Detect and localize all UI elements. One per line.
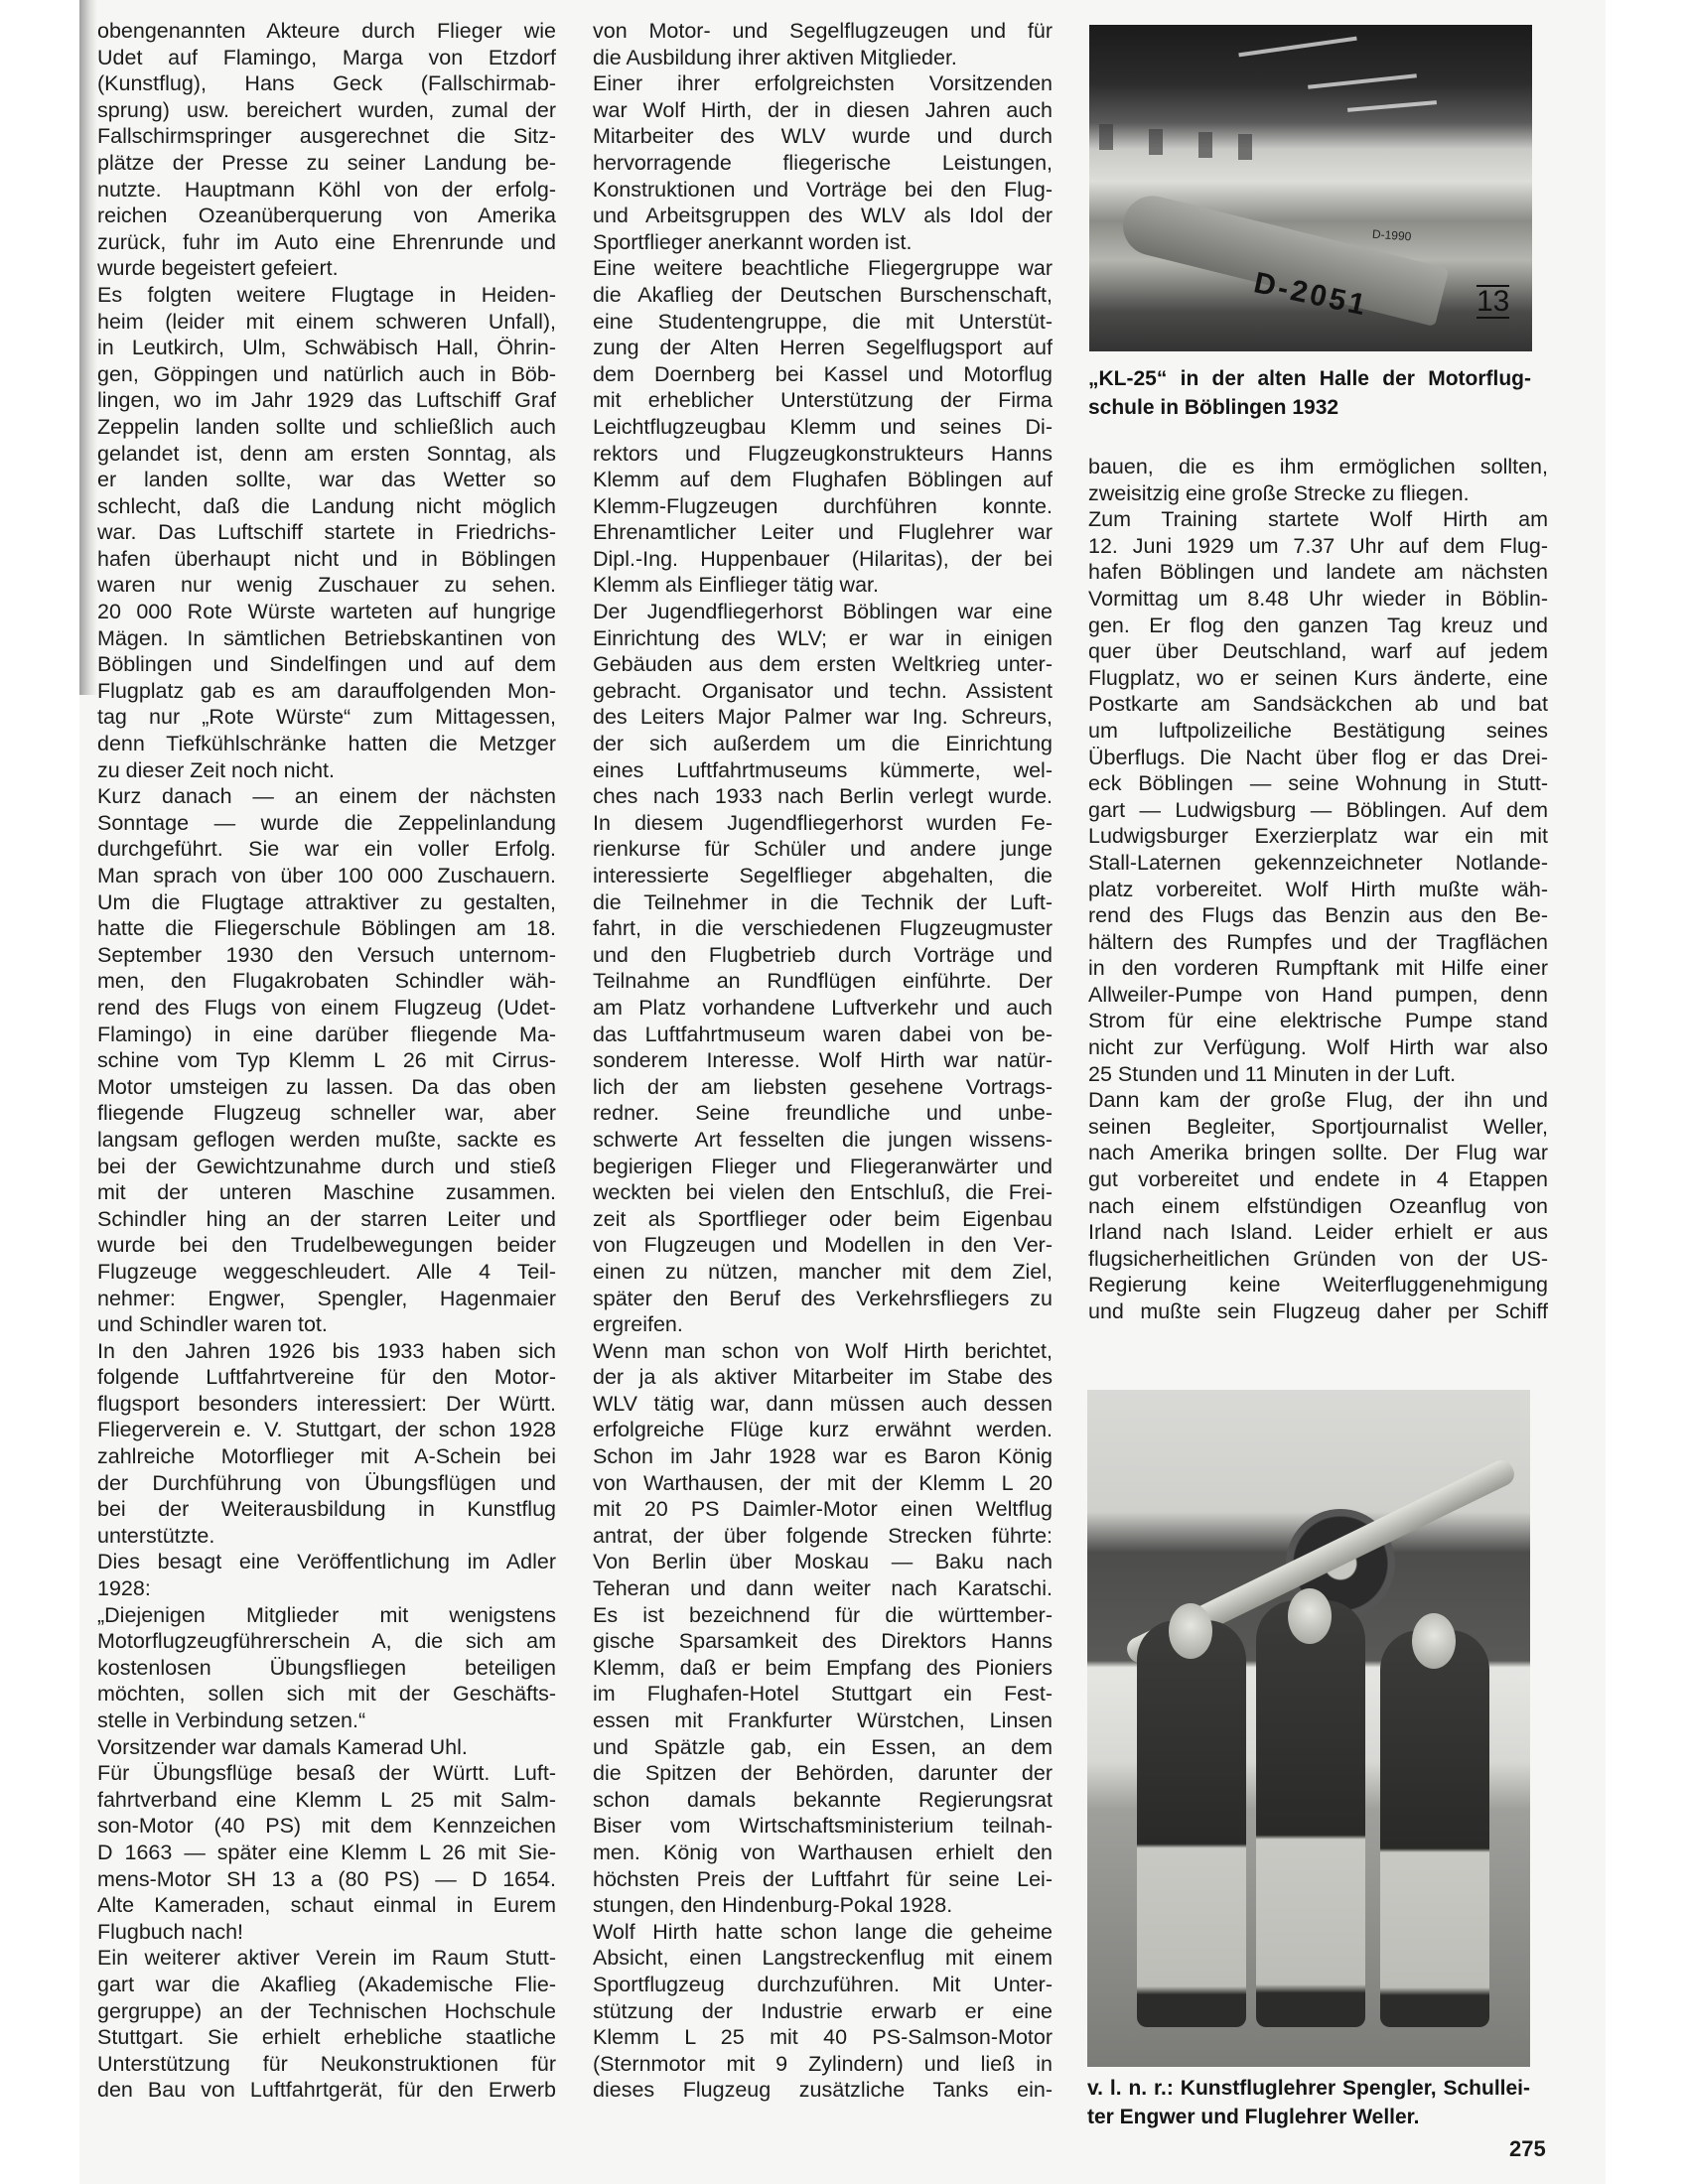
- text-line: 12. Juni 1929 um 7.37 Uhr auf dem Flug-: [1088, 533, 1548, 560]
- photo-caption-2: v. l. n. r.: Kunstfluglehrer Spengler, S…: [1087, 2074, 1530, 2131]
- text-line: fahrtverband eine Klemm L 25 mit Salm-: [97, 1787, 556, 1814]
- text-line: redner. Seine freundliche und unbe-: [593, 1100, 1053, 1127]
- text-line: Stuttgart. Sie erhielt erhebliche staatl…: [97, 2024, 556, 2051]
- text-line: Kurz danach — an einem der nächsten: [97, 783, 556, 810]
- text-line: begierigen Flieger und Flieger­anwärter …: [593, 1154, 1053, 1180]
- text-line: nicht zur Verfügung. Wolf Hirth war also: [1088, 1034, 1548, 1061]
- text-line: die Ausbildung ihrer aktiven Mitglieder.: [593, 45, 1053, 71]
- text-line: 1928:: [97, 1575, 556, 1602]
- text-line: im Flughafen-Hotel Stuttgart ein Fest-: [593, 1681, 1053, 1707]
- text-line: Fallschirmspringer ausgerechnet die Sitz…: [97, 123, 556, 150]
- text-line: erfolgreiche Flüge kurz erwähnt werden.: [593, 1417, 1053, 1443]
- text-line: das Luftfahrtmuseum waren dabei von be-: [593, 1022, 1053, 1048]
- text-line: Schindler hing an der starren Leiter und: [97, 1206, 556, 1233]
- text-line: später den Beruf des Verkehrsfliegers zu: [593, 1286, 1053, 1312]
- text-line: zu dieser Zeit noch nicht.: [97, 757, 556, 784]
- text-line: Postkarte am Sandsäckchen ab und bat: [1088, 691, 1548, 718]
- text-line: rend des Flugs von einem Flugzeug (Udet-: [97, 995, 556, 1022]
- text-line: men, den Flugakrobaten Schindler wäh-: [97, 968, 556, 995]
- caption-line: v. l. n. r.: Kunstfluglehrer Spengler, S…: [1087, 2074, 1530, 2103]
- text-line: stützung der Industrie erwarb er eine: [593, 1998, 1053, 2025]
- hangar-window: [1099, 124, 1113, 150]
- text-line: folgende Luftfahrtvereine für den Motor-: [97, 1364, 556, 1391]
- text-line: Ein weiterer aktiver Verein im Raum Stut…: [97, 1945, 556, 1972]
- text-line: Der Jugendfliegerhorst Böblingen war ein…: [593, 599, 1053, 625]
- text-line: möchten, sollen sich mit der Geschäfts-: [97, 1681, 556, 1707]
- text-line: hältern des Rumpfes und der Tragflächen: [1088, 929, 1548, 956]
- text-line: Zum Training startete Wolf Hirth am: [1088, 506, 1548, 533]
- text-line: rend des Flugs das Benzin aus den Be-: [1088, 902, 1548, 929]
- text-line: Wolf Hirth hatte schon lange die geheime: [593, 1919, 1053, 1946]
- text-line: gart — Ludwigsburg — Böblingen. Auf dem: [1088, 797, 1548, 824]
- roof-truss: [1238, 37, 1356, 58]
- photo-three-pilots-with-propeller: [1087, 1390, 1530, 2067]
- text-line: denn Tiefkühlschränke hatten die Metzger: [97, 731, 556, 757]
- text-line: Es ist bezeichnend für die württember-: [593, 1602, 1053, 1629]
- text-line: Gebäuden aus dem ersten Weltkrieg unter-: [593, 651, 1053, 678]
- person-left-head: [1169, 1603, 1212, 1659]
- text-line: gen, Göppingen und natürlich auch in Böb…: [97, 361, 556, 388]
- text-line: gische Sparsamkeit des Direktors Hanns: [593, 1628, 1053, 1655]
- photo-hangar-klemm-aircraft: D-2051 D-1990 13: [1089, 25, 1532, 351]
- text-line: Teilnahme an Rundflügen einführte. Der: [593, 968, 1053, 995]
- text-line: ches nach 1933 nach Berlin verlegt wurde…: [593, 783, 1053, 810]
- text-line: um luftpolizeiliche Bestätigung seines: [1088, 718, 1548, 745]
- text-line: Schon im Jahr 1928 war es Baron König: [593, 1443, 1053, 1470]
- text-line: die Teilnehmer in die Technik der Luft-: [593, 889, 1053, 916]
- binding-shadow: [79, 0, 97, 695]
- text-line: Man sprach von über 100 000 Zuschauern.: [97, 863, 556, 889]
- text-line: bei der Gewichtzunahme durch und stieß: [97, 1154, 556, 1180]
- text-line: Klemm-Flugzeugen durchführen konnte.: [593, 493, 1053, 520]
- text-line: zurück, fuhr im Auto eine Ehrenrunde und: [97, 229, 556, 256]
- text-line: Vorsitzender war damals Kamerad Uhl.: [97, 1734, 556, 1761]
- text-line: ergreifen.: [593, 1311, 1053, 1338]
- text-line: dem Doernberg bei Kassel und Motorflug: [593, 361, 1053, 388]
- person-left: [1137, 1620, 1246, 2027]
- text-line: plätze der Presse zu seiner Landung be-: [97, 150, 556, 177]
- caption-line: ter Engwer und Fluglehrer Weller.: [1087, 2103, 1530, 2131]
- text-line: Klemm, daß er beim Empfang des Pioniers: [593, 1655, 1053, 1682]
- text-line: 20 000 Rote Würste warteten auf hungrige: [97, 599, 556, 625]
- text-line: Absicht, einen Langstreckenflug mit eine…: [593, 1945, 1053, 1972]
- text-line: Allweiler-Pumpe von Hand pumpen, denn: [1088, 982, 1548, 1009]
- text-line: Überflugs. Die Nacht über flog er das Dr…: [1088, 745, 1548, 771]
- text-line: essen mit Frankfurter Würstchen, Linsen: [593, 1707, 1053, 1734]
- text-line: reichen Ozeanüberquerung von Amerika: [97, 203, 556, 229]
- hangar-window: [1238, 134, 1252, 160]
- text-line: wurde begeistert gefeiert.: [97, 255, 556, 282]
- text-line: die Spitzen der Behörden, darunter der: [593, 1760, 1053, 1787]
- text-line: fahrt, in die verschiedenen Flugzeugmust…: [593, 915, 1053, 942]
- text-line: (Sternmotor mit 9 Zylindern) und ließ in: [593, 2051, 1053, 2078]
- text-line: gelandet ist, denn am ersten Sonntag, al…: [97, 441, 556, 468]
- text-line: Dann kam der große Flug, der ihn und: [1088, 1087, 1548, 1114]
- text-line: unterstützte.: [97, 1523, 556, 1550]
- text-line: Klemm auf dem Flughafen Böblingen auf: [593, 467, 1053, 493]
- text-line: und mußte sein Flugzeug daher per Schiff: [1088, 1298, 1548, 1325]
- hangar-window: [1198, 132, 1212, 158]
- text-line: Einer ihrer erfolgreichsten Vorsitzenden: [593, 70, 1053, 97]
- text-line: Ehrenamtlicher Leiter und Fluglehrer war: [593, 519, 1053, 546]
- text-line: bauen, die es ihm ermöglichen sollten,: [1088, 454, 1548, 480]
- text-line: Konstruktionen und Vorträge bei den Flug…: [593, 177, 1053, 204]
- text-line: nach Amerika bringen sollte. Der Flug wa…: [1088, 1140, 1548, 1166]
- text-line: In diesem Jugendfliegerhorst wurden Fe-: [593, 810, 1053, 837]
- aircraft-number: 13: [1476, 285, 1509, 319]
- roof-truss: [1308, 73, 1417, 88]
- text-line: der Durchführung von Übungsflügen und: [97, 1470, 556, 1497]
- text-line: Mägen. In sämtlichen Betriebskantinen vo…: [97, 625, 556, 652]
- text-line: Wenn man schon von Wolf Hirth berichtet,: [593, 1338, 1053, 1365]
- text-line: tag nur „Rote Würste“ zum Mittagessen,: [97, 704, 556, 731]
- text-line: nach einem elfstündigen Ozeanflug von: [1088, 1193, 1548, 1220]
- text-line: seinen Begleiter, Sportjournalist Weller…: [1088, 1114, 1548, 1141]
- text-line: von Flugzeugen und Modellen in den Ver-: [593, 1232, 1053, 1259]
- text-line: Einrichtung des WLV; er war in einigen: [593, 625, 1053, 652]
- text-line: weckten bei vielen den Entschluß, die Fr…: [593, 1179, 1053, 1206]
- text-line: Um die Flugtage attraktiver zu gestalten…: [97, 889, 556, 916]
- text-line: Zeppelin landen sollte und schließlich a…: [97, 414, 556, 441]
- text-line: hervorragende fliegerische Leistungen,: [593, 150, 1053, 177]
- text-line: rienkurse für Schüler und andere junge: [593, 836, 1053, 863]
- text-line: gebracht. Organisator und techn. Assiste…: [593, 678, 1053, 705]
- photo-caption-1: „KL-25“ in der alten Halle der Motorflug…: [1088, 364, 1531, 422]
- text-line: wurde bei den Trudelbewegungen beider: [97, 1232, 556, 1259]
- text-line: (Kunstflug), Hans Geck (Fallschirmab-: [97, 70, 556, 97]
- text-line: einen zu nützen, mancher mit dem Ziel,: [593, 1259, 1053, 1286]
- text-line: sonderem Interesse. Wolf Hirth war natür…: [593, 1047, 1053, 1074]
- text-line: flugsport besonders interessiert: Der Wü…: [97, 1391, 556, 1418]
- text-line: flugsicherheitlichen Gründen von der US-: [1088, 1246, 1548, 1273]
- text-line: war Wolf Hirth, der in diesen Jahren auc…: [593, 97, 1053, 124]
- text-line: fliegende Flugzeug schneller war, aber: [97, 1100, 556, 1127]
- text-column-2: von Motor- und Segelflugzeugen und fürdi…: [593, 18, 1053, 2104]
- person-center-head: [1288, 1588, 1332, 1644]
- text-line: Regierung keine Weiterfluggenehmigung: [1088, 1272, 1548, 1298]
- text-line: langsam geflogen werden mußte, sackte es: [97, 1127, 556, 1154]
- text-line: höchsten Preis der Luftfahrt für seine L…: [593, 1866, 1053, 1893]
- text-line: Unterstützung für Neukonstruktionen für: [97, 2051, 556, 2078]
- text-line: er landen sollte, war das Wetter so: [97, 467, 556, 493]
- text-line: Strom für eine elektrische Pumpe stand: [1088, 1008, 1548, 1034]
- text-line: schlecht, daß die Landung nicht möglich: [97, 493, 556, 520]
- text-line: Udet auf Flamingo, Marga von Etzdorf: [97, 45, 556, 71]
- text-line: gart war die Akaflieg (Akademische Flie-: [97, 1972, 556, 1998]
- text-line: Klemm als Einflieger tätig war.: [593, 572, 1053, 599]
- text-line: lich der am liebsten gesehene Vortrags-: [593, 1074, 1053, 1101]
- caption-line: schule in Böblingen 1932: [1088, 393, 1531, 422]
- text-line: und Spätzle gab, ein Essen, an dem: [593, 1734, 1053, 1761]
- page-number: 275: [1509, 2136, 1546, 2162]
- text-line: kostenlosen Übungsfliegen beteiligen: [97, 1655, 556, 1682]
- text-line: waren nur wenig Zuschauer zu sehen.: [97, 572, 556, 599]
- text-line: Für Übungsflüge besaß der Württ. Luft-: [97, 1760, 556, 1787]
- text-line: platz vorbereitet. Wolf Hirth mußte wäh-: [1088, 877, 1548, 903]
- text-line: der sich außerdem um die Einrichtung: [593, 731, 1053, 757]
- text-line: Dipl.-Ing. Huppenbauer (Hilaritas), der …: [593, 546, 1053, 573]
- text-line: interessierte Segelflieger abgehalten, d…: [593, 863, 1053, 889]
- text-line: in den vorderen Rumpftank mit Hilfe eine…: [1088, 955, 1548, 982]
- text-line: den Bau von Luftfahrtgerät, für den Erwe…: [97, 2077, 556, 2104]
- text-line: obengenannten Akteure durch Flieger wie: [97, 18, 556, 45]
- text-line: hafen Böblingen und landete am nächsten: [1088, 559, 1548, 586]
- text-line: Flugplatz gab es am darauffolgenden Mon-: [97, 678, 556, 705]
- text-line: mit 20 PS Daimler-Motor einen Weltflug: [593, 1496, 1053, 1523]
- text-line: „Diejenigen Mitglieder mit wenigstens: [97, 1602, 556, 1629]
- text-line: heim (leider mit einem schweren Unfall),: [97, 309, 556, 336]
- text-line: hatte die Fliegerschule Böblingen am 18.: [97, 915, 556, 942]
- text-line: zung der Alten Herren Segelflugsport auf: [593, 335, 1053, 361]
- text-line: Leichtflugzeugbau Klemm und seines Di-: [593, 414, 1053, 441]
- text-line: Alte Kameraden, schaut einmal in Eurem: [97, 1892, 556, 1919]
- text-line: gergruppe) an der Technischen Hochschule: [97, 1998, 556, 2025]
- text-line: eck Böblingen — seine Wohnung in Stutt-: [1088, 770, 1548, 797]
- text-line: mit der unteren Maschine zusammen.: [97, 1179, 556, 1206]
- text-line: quer über Deutschland, warf auf jedem: [1088, 638, 1548, 665]
- text-line: eines Luftfahrtmuseums kümmerte, wel-: [593, 757, 1053, 784]
- text-line: bei der Weiterausbildung in Kunstflug: [97, 1496, 556, 1523]
- text-line: 25 Stunden und 11 Minuten in der Luft.: [1088, 1061, 1548, 1088]
- text-line: war. Das Luftschiff startete in Friedric…: [97, 519, 556, 546]
- text-line: hafen überhaupt nicht und in Böblingen: [97, 546, 556, 573]
- text-line: stungen, den Hindenburg-Pokal 1928.: [593, 1892, 1053, 1919]
- text-line: Teheran und dann weiter nach Karatschi.: [593, 1575, 1053, 1602]
- text-line: Eine weitere beachtliche Fliegergruppe w…: [593, 255, 1053, 282]
- text-column-1: obengenannten Akteure durch Flieger wieU…: [97, 18, 556, 2104]
- text-line: gen. Er flog den ganzen Tag kreuz und: [1088, 613, 1548, 639]
- text-line: lingen, wo im Jahr 1929 das Luftschiff G…: [97, 387, 556, 414]
- text-line: Es folgten weitere Flugtage in Heiden-: [97, 282, 556, 309]
- text-line: nehmer: Engwer, Spengler, Hagenmaier: [97, 1286, 556, 1312]
- person-right-head: [1412, 1613, 1456, 1669]
- aircraft-registration-2: D-1990: [1372, 227, 1412, 244]
- text-column-3: bauen, die es ihm ermöglichen sollten,zw…: [1088, 454, 1548, 1325]
- text-line: die Akaflieg der Deutschen Burschenschaf…: [593, 282, 1053, 309]
- text-line: Sportflieger anerkannt worden ist.: [593, 229, 1053, 256]
- person-center: [1256, 1600, 1365, 2027]
- text-line: D 1663 — später eine Klemm L 26 mit Sie-: [97, 1840, 556, 1866]
- text-line: September 1930 den Versuch unternom-: [97, 942, 556, 969]
- text-line: Flugzeuge weggeschleudert. Alle 4 Teil-: [97, 1259, 556, 1286]
- text-line: mit erheblicher Unterstützung der Firma: [593, 387, 1053, 414]
- text-line: schon damals bekannte Regierungsrat: [593, 1787, 1053, 1814]
- text-line: dieses Flugzeug zusätzliche Tanks ein-: [593, 2077, 1053, 2104]
- text-line: Dies besagt eine Veröffentlichung im Adl…: [97, 1549, 556, 1575]
- text-line: mens-Motor SH 13 a (80 PS) — D 1654.: [97, 1866, 556, 1893]
- text-line: Stall-Laternen gekennzeichneter Notlande…: [1088, 850, 1548, 877]
- text-line: Motor umsteigen zu lassen. Da das oben: [97, 1074, 556, 1101]
- caption-line: „KL-25“ in der alten Halle der Motorflug…: [1088, 364, 1531, 393]
- text-line: durchgeführt. Sie war ein voller Erfolg.: [97, 836, 556, 863]
- text-line: zeit als Sportflieger oder beim Eigenbau: [593, 1206, 1053, 1233]
- text-line: In den Jahren 1926 bis 1933 haben sich: [97, 1338, 556, 1365]
- text-line: Sonntage — wurde die Zeppelinlandung: [97, 810, 556, 837]
- text-line: Vormittag um 8.48 Uhr wieder in Böblin-: [1088, 586, 1548, 613]
- text-line: am Platz vorhandene Luftverkehr und auch: [593, 995, 1053, 1022]
- text-line: Klemm L 25 mit 40 PS-Salmson-Motor: [593, 2024, 1053, 2051]
- text-line: Biser vom Wirtschaftsministerium teilnah…: [593, 1813, 1053, 1840]
- roof-truss: [1347, 100, 1437, 112]
- text-line: Mitarbeiter des WLV wurde und durch: [593, 123, 1053, 150]
- text-line: WLV tätig war, dann müssen auch dessen: [593, 1391, 1053, 1418]
- text-line: zahlreiche Motorflieger mit A-Schein bei: [97, 1443, 556, 1470]
- text-line: der ja als aktiver Mitarbeiter im Stabe …: [593, 1364, 1053, 1391]
- text-line: Ludwigsburger Exerzierplatz war ein mit: [1088, 823, 1548, 850]
- text-line: und Schindler waren tot.: [97, 1311, 556, 1338]
- text-line: gut vorbereitet und endete in 4 Etappen: [1088, 1166, 1548, 1193]
- text-line: Böblingen und Sindelfingen und auf dem: [97, 651, 556, 678]
- text-line: von Warthausen, der mit der Klemm L 20: [593, 1470, 1053, 1497]
- text-line: son-Motor (40 PS) mit dem Kennzeichen: [97, 1813, 556, 1840]
- text-line: schwerte Art fesselten die jungen wissen…: [593, 1127, 1053, 1154]
- text-line: Flugplatz, wo er seinen Kurs änderte, ei…: [1088, 665, 1548, 692]
- text-line: Sportflugzeug durchzuführen. Mit Unter-: [593, 1972, 1053, 1998]
- hangar-window: [1149, 129, 1163, 155]
- text-line: Flamingo) in eine darüber fliegende Ma-: [97, 1022, 556, 1048]
- text-line: Von Berlin über Moskau — Baku nach: [593, 1549, 1053, 1575]
- person-right: [1380, 1630, 1489, 2027]
- text-line: men. König von Warthausen erhielt den: [593, 1840, 1053, 1866]
- text-line: nutzte. Hauptmann Köhl von der erfolg-: [97, 177, 556, 204]
- text-line: Irland nach Island. Leider erhielt er au…: [1088, 1219, 1548, 1246]
- text-line: rektors und Flugzeugkonstrukteurs Hanns: [593, 441, 1053, 468]
- text-line: von Motor- und Segelflugzeugen und für: [593, 18, 1053, 45]
- text-line: antrat, der über folgende Strecken führt…: [593, 1523, 1053, 1550]
- text-line: und den Flugbetrieb durch Vorträge und: [593, 942, 1053, 969]
- text-line: zweisitzig eine große Strecke zu fliegen…: [1088, 480, 1548, 507]
- text-line: des Leiters Major Palmer war Ing. Schreu…: [593, 704, 1053, 731]
- text-line: in Leutkirch, Ulm, Schwäbisch Hall, Öhri…: [97, 335, 556, 361]
- text-line: stelle in Verbindung setzen.“: [97, 1707, 556, 1734]
- text-line: und Arbeitsgruppen des WLV als Idol der: [593, 203, 1053, 229]
- text-line: Motorflugzeugführerschein A, die sich am: [97, 1628, 556, 1655]
- text-line: Flugbuch nach!: [97, 1919, 556, 1946]
- text-line: Fliegerverein e. V. Stuttgart, der schon…: [97, 1417, 556, 1443]
- text-line: eine Studentengruppe, die mit Unterstüt-: [593, 309, 1053, 336]
- text-line: sprung) usw. bereichert wurden, zumal de…: [97, 97, 556, 124]
- text-line: schine vom Typ Klemm L 26 mit Cirrus-: [97, 1047, 556, 1074]
